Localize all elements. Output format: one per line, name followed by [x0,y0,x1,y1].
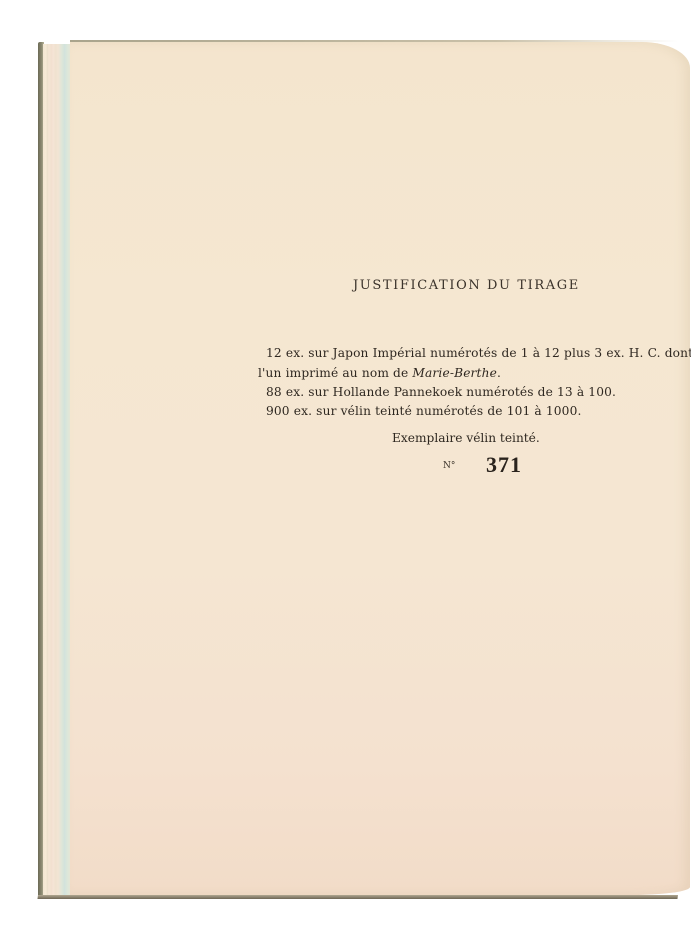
print-run-line-dedication: l'un imprimé au nom de Marie-Berthe. [258,366,501,380]
print-run-line-velin: 900 ex. sur vélin teinté numérotés de 10… [266,404,582,418]
print-run-line-japon: 12 ex. sur Japon Impérial numérotés de 1… [266,346,691,360]
book: JUSTIFICATION DU TIRAGE 12 ex. sur Japon… [38,40,691,902]
dedication-prefix: l'un imprimé au nom de [258,366,412,380]
book-page: JUSTIFICATION DU TIRAGE 12 ex. sur Japon… [70,42,690,895]
dedication-suffix: . [497,366,501,380]
page-title: JUSTIFICATION DU TIRAGE [353,278,580,293]
page-content: JUSTIFICATION DU TIRAGE 12 ex. sur Japon… [70,42,690,895]
copy-number-label: N° [443,461,455,471]
copy-type: Exemplaire vélin teinté. [392,431,540,445]
print-run-line-hollande: 88 ex. sur Hollande Pannekoek numérotés … [266,385,616,399]
book-cover-bottom-edge [37,895,678,899]
page-stack-edges [43,44,73,896]
dedication-name: Marie-Berthe [412,366,497,380]
copy-number: 371 [486,452,522,478]
